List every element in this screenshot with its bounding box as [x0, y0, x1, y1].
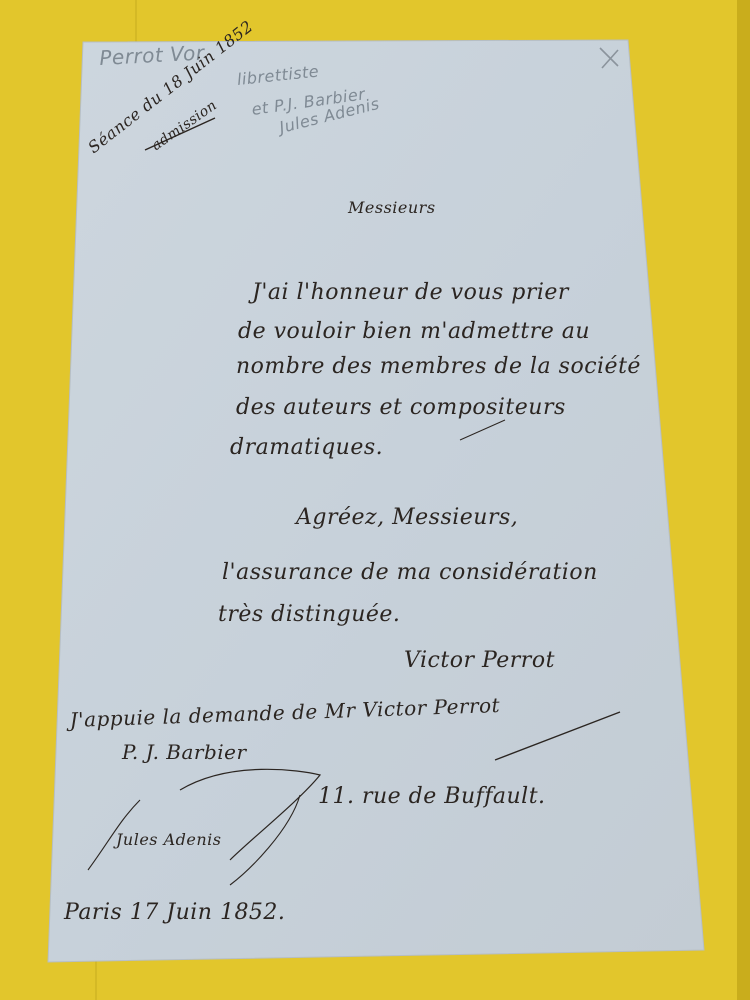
paragraph-line: J'ai l'honneur de vous prier	[252, 280, 569, 305]
closing-line: très distinguée.	[218, 602, 400, 627]
closing-line: l'assurance de ma considération	[222, 560, 598, 585]
salutation: Messieurs	[348, 198, 436, 217]
paragraph-line: de vouloir bien m'admettre au	[238, 319, 590, 344]
address-line: 11. rue de Buffault.	[318, 784, 546, 809]
paragraph-line: dramatiques.	[230, 435, 383, 460]
signature-barbier: P. J. Barbier	[122, 740, 247, 764]
signature-victor-perrot: Victor Perrot	[404, 648, 555, 673]
paragraph-line: des auteurs et compositeurs	[236, 395, 566, 420]
closing-line: Agréez, Messieurs,	[296, 505, 518, 530]
letter-paper	[0, 0, 750, 1000]
signature-second: Jules Adenis	[116, 830, 222, 849]
dateline: Paris 17 Juin 1852.	[64, 900, 285, 925]
paragraph-line: nombre des membres de la société	[236, 354, 641, 379]
corner-x-mark	[596, 44, 622, 70]
